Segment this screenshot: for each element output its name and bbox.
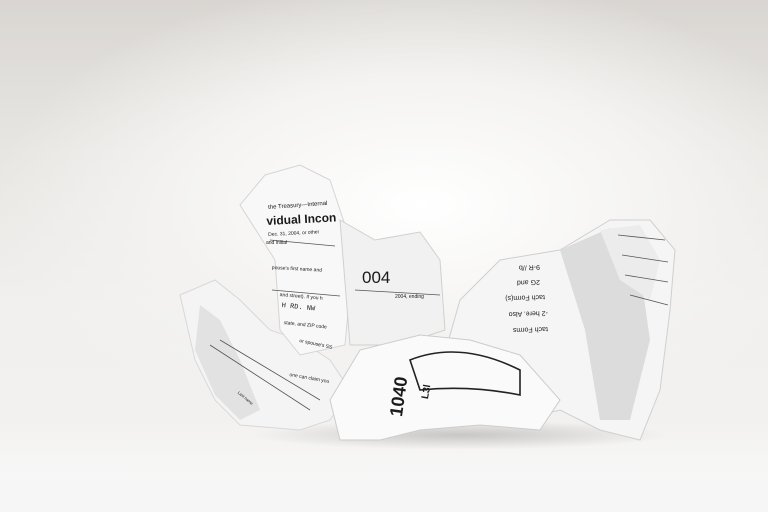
form-attach-line-4: -2 here. Also [508, 309, 548, 317]
form-initial-text: and initial [266, 240, 287, 246]
form-attach-line-1: 9-R //b [519, 263, 540, 271]
form-attach-line-2: 2G and [517, 278, 540, 286]
form-attach-line-5: tach Forms [513, 325, 548, 333]
crumpled-paper [0, 0, 768, 512]
form-year-sub-text: 2004, ending [395, 294, 424, 300]
form-attach-line-3: tach Form(s) [505, 293, 545, 301]
form-year-text: 004 [362, 268, 390, 288]
